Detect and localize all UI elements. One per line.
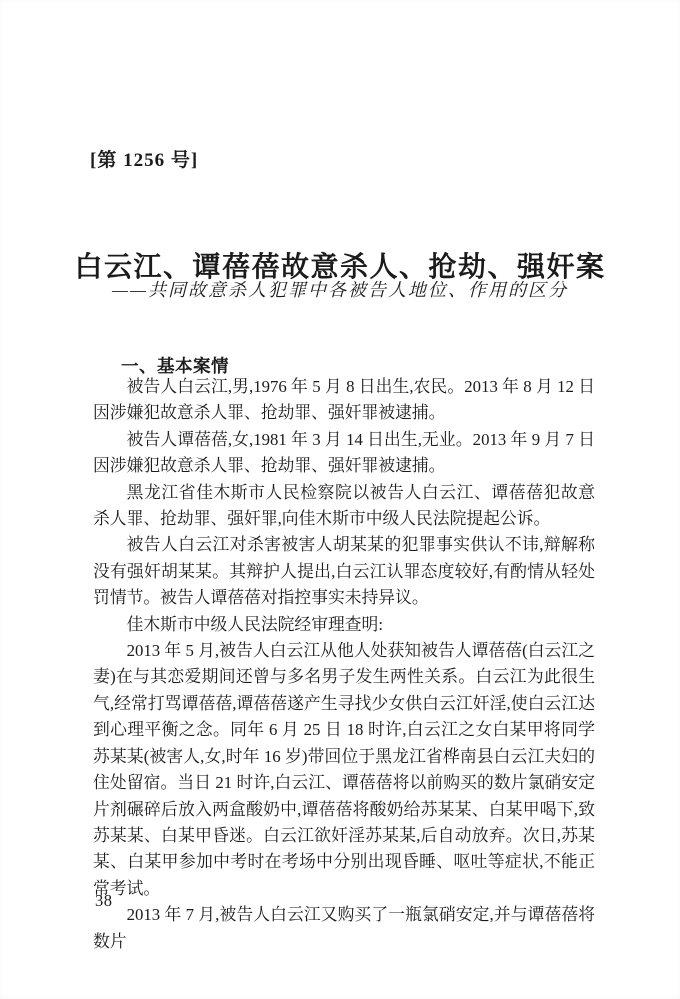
case-number-label: [第 1256 号] bbox=[90, 145, 198, 172]
paragraph-facts-july-2013: 2013 年 7 月,被告人白云江又购买了一瓶氯硝安定,并与谭蓓蓓将数片 bbox=[93, 902, 595, 955]
paragraph-defendant-tan: 被告人谭蓓蓓,女,1981 年 3 月 14 日出生,无业。2013 年 9 月… bbox=[93, 427, 595, 480]
case-body-text: 被告人白云江,男,1976 年 5 月 8 日出生,农民。2013 年 8 月 … bbox=[93, 374, 595, 955]
paragraph-court-findings-intro: 佳木斯市中级人民法院经审理查明: bbox=[93, 612, 595, 638]
document-page: [第 1256 号] 白云江、谭蓓蓓故意杀人、抢劫、强奸案 ——共同故意杀人犯罪… bbox=[0, 0, 680, 999]
case-subtitle: ——共同故意杀人犯罪中各被告人地位、作用的区分 bbox=[0, 276, 680, 302]
paragraph-defendant-bai: 被告人白云江,男,1976 年 5 月 8 日出生,农民。2013 年 8 月 … bbox=[93, 374, 595, 427]
paragraph-prosecution: 黑龙江省佳木斯市人民检察院以被告人白云江、谭蓓蓓犯故意杀人罪、抢劫罪、强奸罪,向… bbox=[93, 480, 595, 533]
paragraph-facts-may-2013: 2013 年 5 月,被告人白云江从他人处获知被告人谭蓓蓓(白云江之妻)在与其恋… bbox=[93, 638, 595, 902]
page-number: 38 bbox=[95, 891, 113, 911]
paragraph-pleas: 被告人白云江对杀害被害人胡某某的犯罪事实供认不讳,辩解称没有强奸胡某某。其辩护人… bbox=[93, 532, 595, 611]
